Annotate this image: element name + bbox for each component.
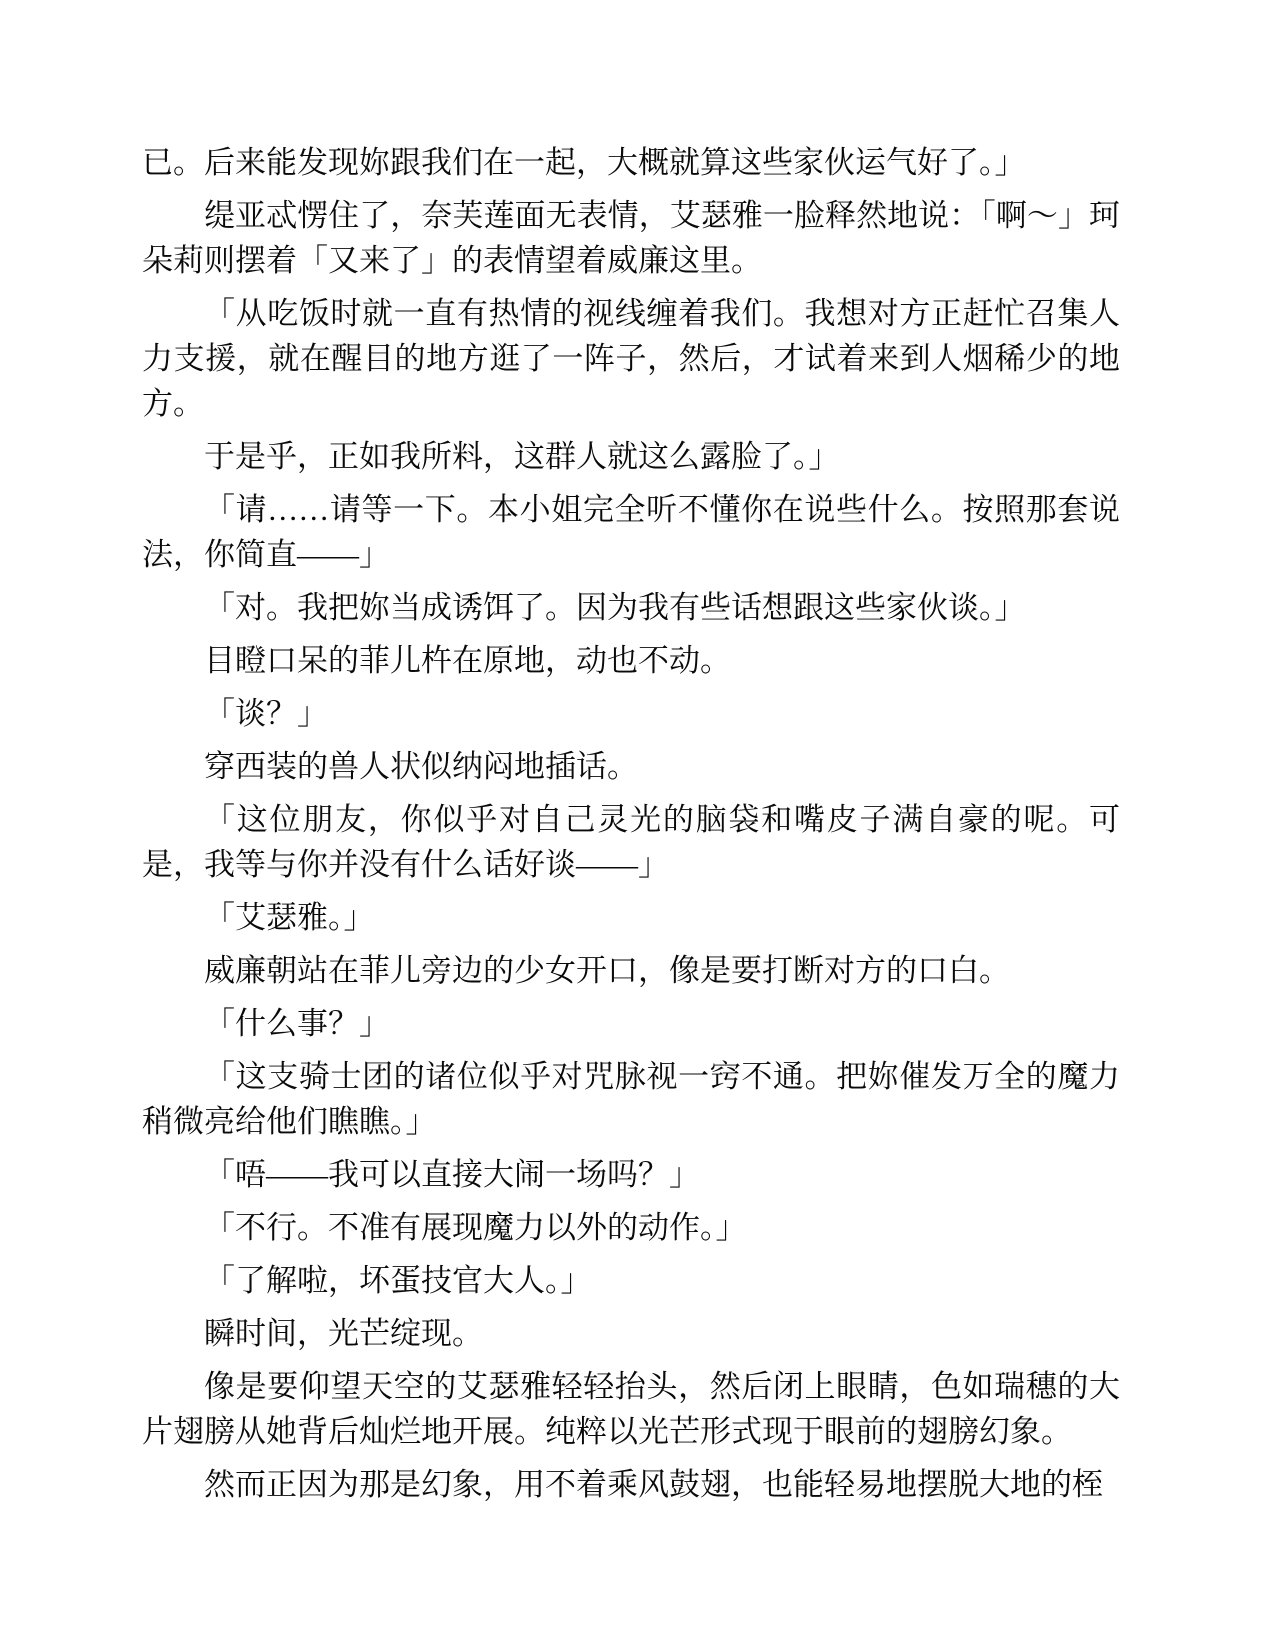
novel-page: 已。后来能发现妳跟我们在一起，大概就算这些家伙运气好了。」 缇亚忒愣住了，奈芙莲… [0, 0, 1275, 1650]
paragraph: 「从吃饭时就一直有热情的视线缠着我们。我想对方正赶忙召集人力支援，就在醒目的地方… [142, 291, 1120, 426]
paragraph: 「谈？」 [142, 691, 1120, 736]
paragraph: 于是乎，正如我所料，这群人就这么露脸了。」 [142, 434, 1120, 479]
paragraph: 瞬时间，光芒绽现。 [142, 1311, 1120, 1356]
paragraph: 缇亚忒愣住了，奈芙莲面无表情，艾瑟雅一脸释然地说：「啊～」珂朵莉则摆着「又来了」… [142, 193, 1120, 283]
paragraph: 然而正因为那是幻象，用不着乘风鼓翅，也能轻易地摆脱大地的桎 [142, 1462, 1120, 1507]
paragraph: 「这支骑士团的诸位似乎对咒脉视一窍不通。把妳催发万全的魔力稍微亮给他们瞧瞧。」 [142, 1054, 1120, 1144]
paragraph: 「对。我把妳当成诱饵了。因为我有些话想跟这些家伙谈。」 [142, 585, 1120, 630]
paragraph: 目瞪口呆的菲儿杵在原地，动也不动。 [142, 638, 1120, 683]
paragraph: 威廉朝站在菲儿旁边的少女开口，像是要打断对方的口白。 [142, 948, 1120, 993]
paragraph: 「不行。不准有展现魔力以外的动作。」 [142, 1205, 1120, 1250]
paragraph: 「什么事？」 [142, 1001, 1120, 1046]
paragraph: 「艾瑟雅。」 [142, 895, 1120, 940]
paragraph: 「了解啦，坏蛋技官大人。」 [142, 1258, 1120, 1303]
paragraph: 穿西装的兽人状似纳闷地插话。 [142, 744, 1120, 789]
paragraph: 「这位朋友，你似乎对自己灵光的脑袋和嘴皮子满自豪的呢。可是，我等与你并没有什么话… [142, 797, 1120, 887]
paragraph: 像是要仰望天空的艾瑟雅轻轻抬头，然后闭上眼睛，色如瑞穗的大片翅膀从她背后灿烂地开… [142, 1364, 1120, 1454]
paragraph: 「请……请等一下。本小姐完全听不懂你在说些什么。按照那套说法，你简直——」 [142, 487, 1120, 577]
paragraph: 已。后来能发现妳跟我们在一起，大概就算这些家伙运气好了。」 [142, 140, 1120, 185]
paragraph: 「唔——我可以直接大闹一场吗？」 [142, 1152, 1120, 1197]
